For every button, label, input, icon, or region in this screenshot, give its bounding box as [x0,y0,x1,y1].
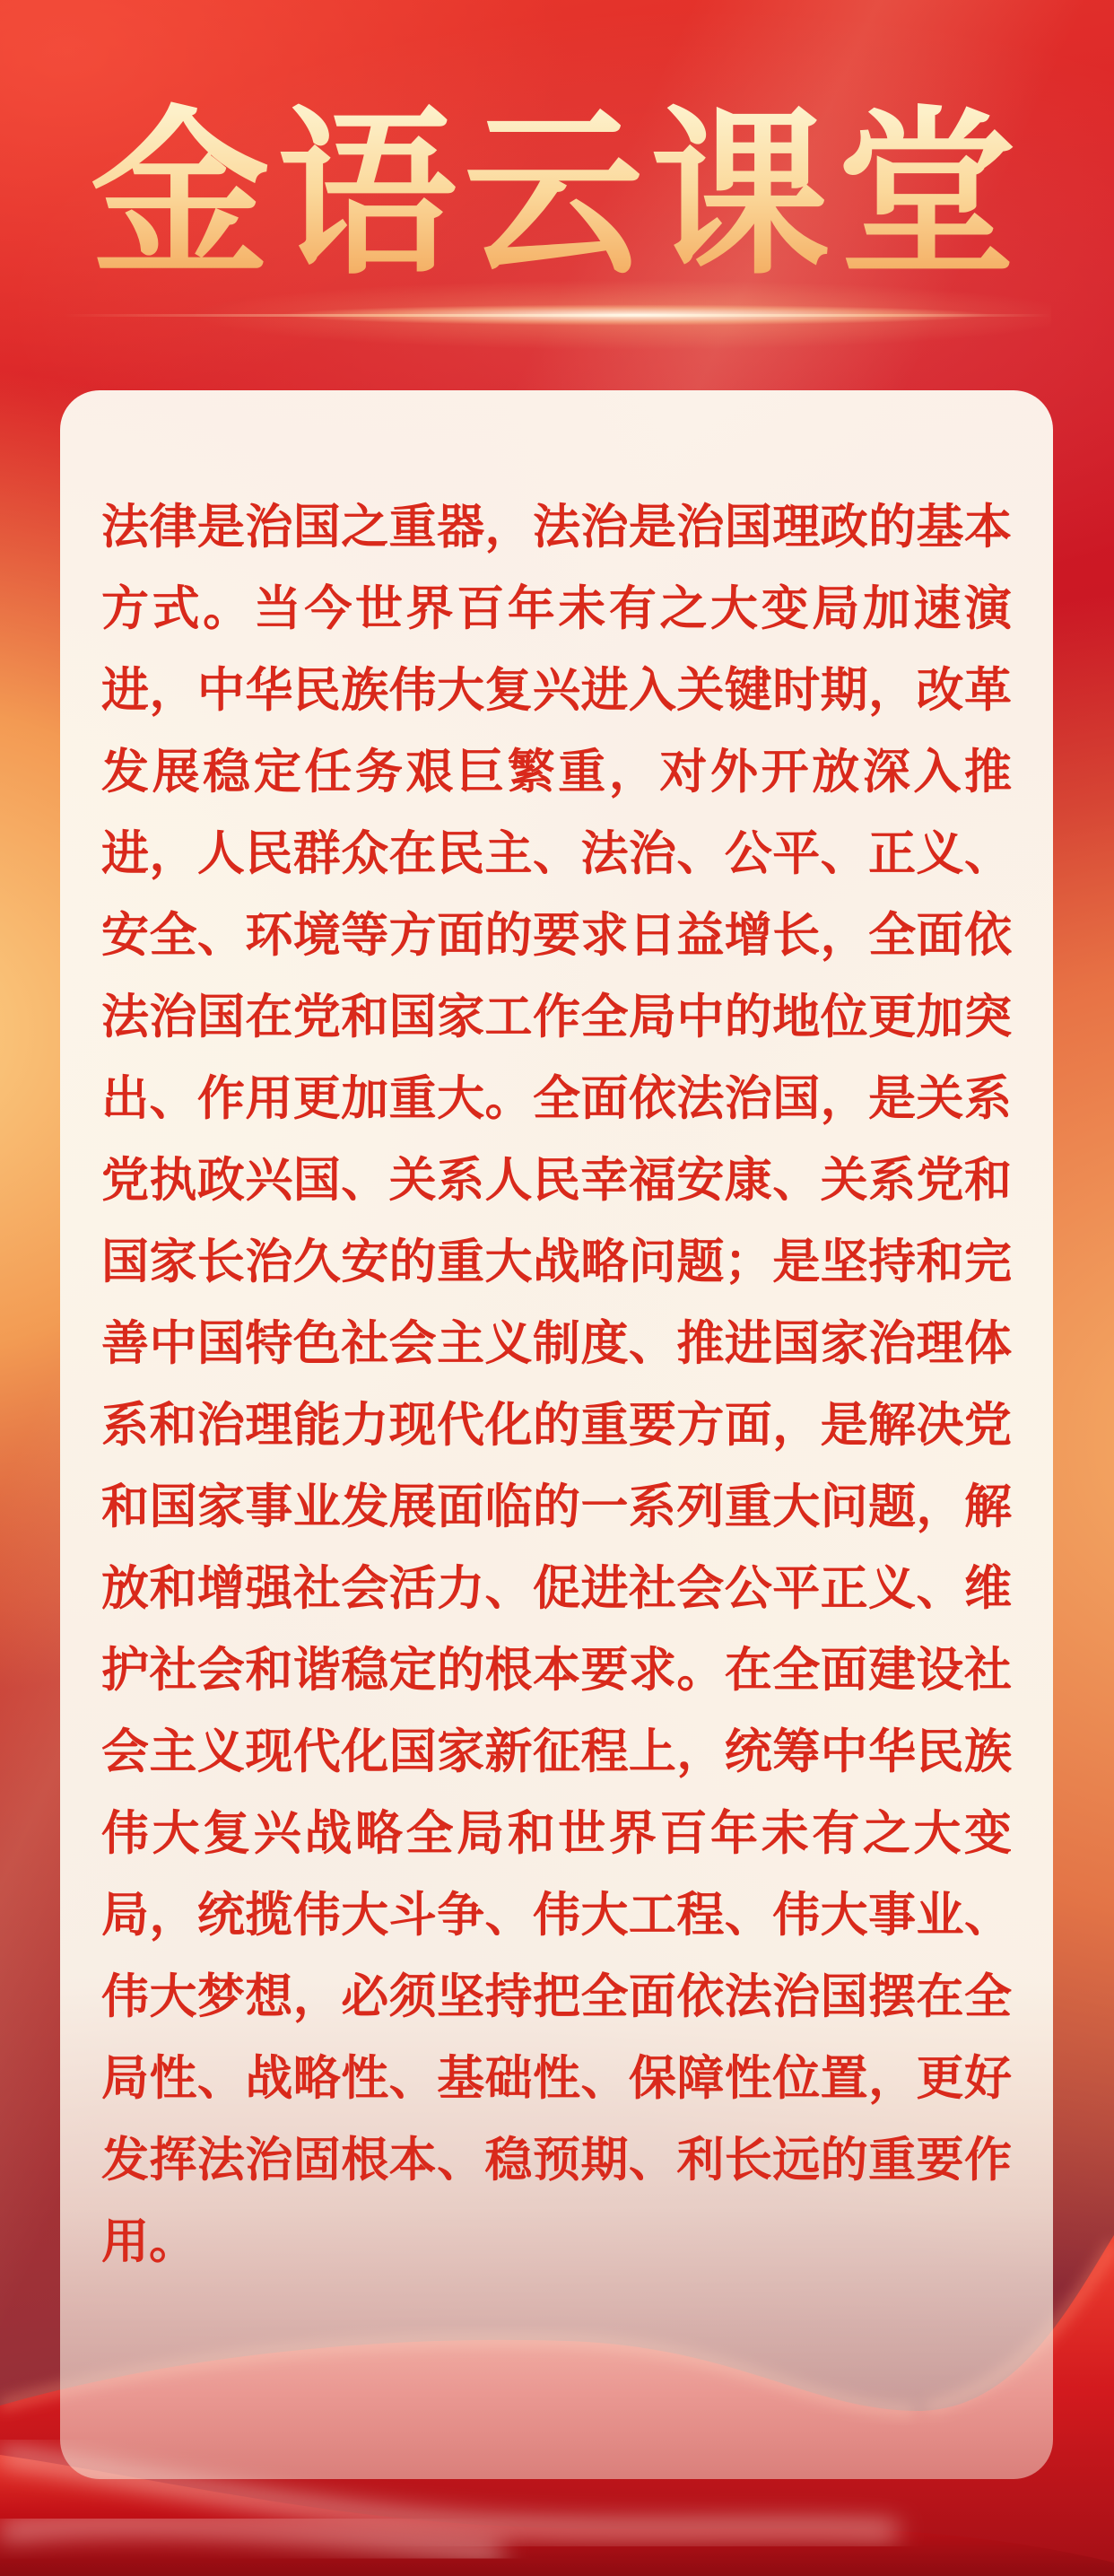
content-card: 法律是治国之重器，法治是治国理政的基本方式。当今世界百年未有之大变局加速演进，中… [60,390,1053,2479]
body-paragraph: 法律是治国之重器，法治是治国理政的基本方式。当今世界百年未有之大变局加速演进，中… [60,390,1053,2283]
poster-canvas: 金语云课堂 [0,0,1114,2576]
page-title: 金语云课堂 [0,100,1114,294]
